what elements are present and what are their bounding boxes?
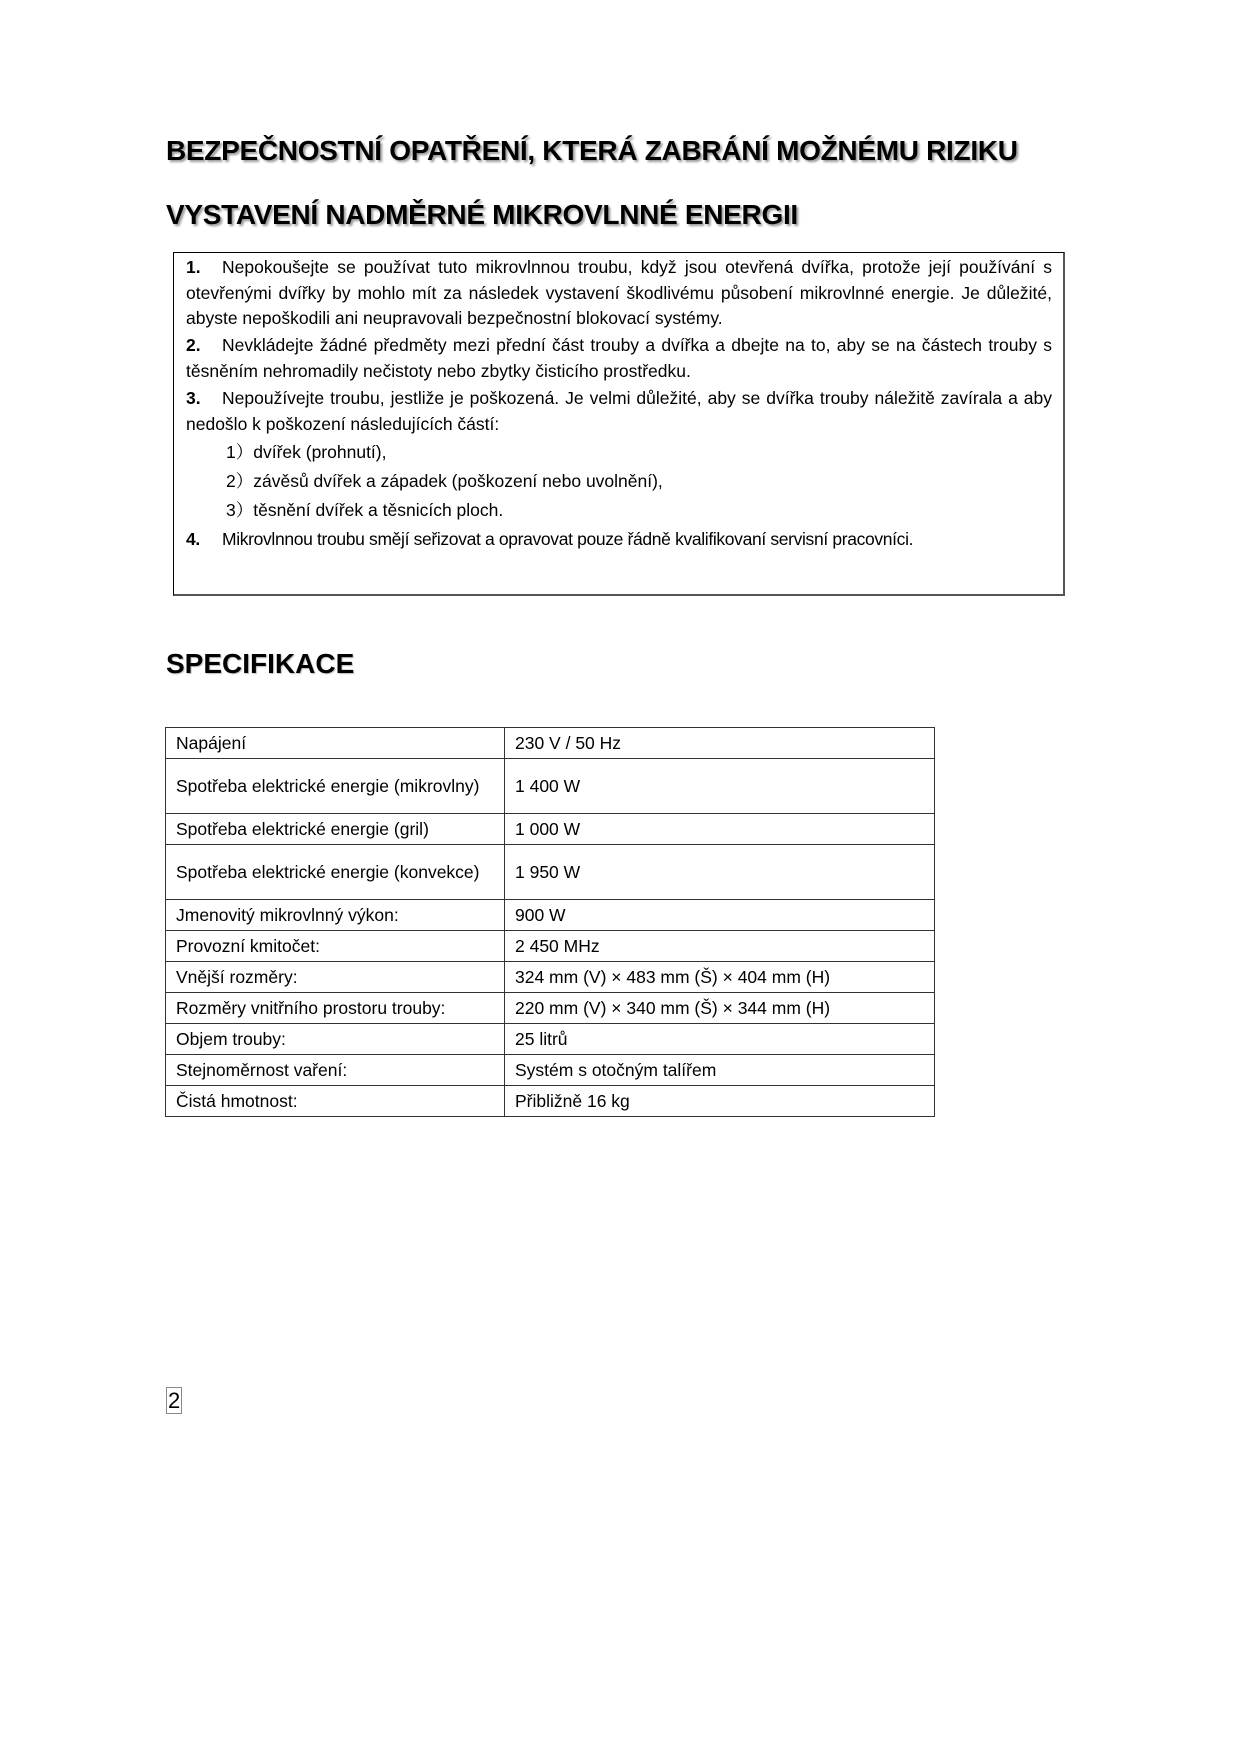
spec-value: 220 mm (V) × 340 mm (Š) × 344 mm (H) xyxy=(505,993,935,1024)
spec-value: 1 400 W xyxy=(505,759,935,814)
table-row: Rozměry vnitřního prostoru trouby: 220 m… xyxy=(166,993,935,1024)
spec-label: Napájení xyxy=(166,728,505,759)
warning-text: Nepoužívejte troubu, jestliže je poškoze… xyxy=(186,388,1052,434)
warning-subitem-2: 2）závěsů dvířek a západek (poškození neb… xyxy=(226,469,663,494)
table-row: Spotřeba elektrické energie (gril) 1 000… xyxy=(166,814,935,845)
warning-item-1: 1.Nepokoušejte se používat tuto mikrovln… xyxy=(186,255,1052,332)
spec-label: Jmenovitý mikrovlnný výkon: xyxy=(166,900,505,931)
warning-text: Mikrovlnnou troubu smějí seřizovat a opr… xyxy=(222,529,913,549)
table-row: Vnější rozměry: 324 mm (V) × 483 mm (Š) … xyxy=(166,962,935,993)
spec-label: Provozní kmitočet: xyxy=(166,931,505,962)
table-row: Spotřeba elektrické energie (konvekce) 1… xyxy=(166,845,935,900)
table-row: Stejnoměrnost vaření: Systém s otočným t… xyxy=(166,1055,935,1086)
spec-value: 2 450 MHz xyxy=(505,931,935,962)
warning-item-2: 2.Nevkládejte žádné předměty mezi přední… xyxy=(186,333,1052,384)
safety-title-line-1: BEZPEČNOSTNÍ OPATŘENÍ, KTERÁ ZABRÁNÍ MOŽ… xyxy=(166,135,1018,167)
spec-label: Spotřeba elektrické energie (gril) xyxy=(166,814,505,845)
spec-label: Spotřeba elektrické energie (konvekce) xyxy=(166,845,505,900)
table-row: Napájení 230 V / 50 Hz xyxy=(166,728,935,759)
table-row: Čistá hmotnost: Přibližně 16 kg xyxy=(166,1086,935,1117)
safety-title-line-2: VYSTAVENÍ NADMĚRNÉ MIKROVLNNÉ ENERGII xyxy=(166,199,798,231)
spec-value: 1 000 W xyxy=(505,814,935,845)
warning-number: 3. xyxy=(186,386,222,412)
safety-warnings-box: 1.Nepokoušejte se používat tuto mikrovln… xyxy=(173,252,1065,596)
spec-label: Objem trouby: xyxy=(166,1024,505,1055)
spec-label: Vnější rozměry: xyxy=(166,962,505,993)
spec-value: Systém s otočným talířem xyxy=(505,1055,935,1086)
table-row: Spotřeba elektrické energie (mikrovlny) … xyxy=(166,759,935,814)
warning-item-4: 4.Mikrovlnnou troubu smějí seřizovat a o… xyxy=(186,527,1052,553)
warning-number: 2. xyxy=(186,333,222,359)
table-row: Jmenovitý mikrovlnný výkon: 900 W xyxy=(166,900,935,931)
spec-label: Stejnoměrnost vaření: xyxy=(166,1055,505,1086)
warning-number: 1. xyxy=(186,255,222,281)
spec-value: 25 litrů xyxy=(505,1024,935,1055)
page-number: 2 xyxy=(166,1387,182,1414)
spec-value: 900 W xyxy=(505,900,935,931)
spec-value: 1 950 W xyxy=(505,845,935,900)
table-row: Objem trouby: 25 litrů xyxy=(166,1024,935,1055)
warning-text: Nevkládejte žádné předměty mezi přední č… xyxy=(186,335,1052,381)
spec-value: Přibližně 16 kg xyxy=(505,1086,935,1117)
warning-number: 4. xyxy=(186,527,222,553)
spec-value: 324 mm (V) × 483 mm (Š) × 404 mm (H) xyxy=(505,962,935,993)
specifications-heading: SPECIFIKACE xyxy=(166,648,354,680)
warning-text: Nepokoušejte se používat tuto mikrovlnno… xyxy=(186,257,1052,328)
spec-value: 230 V / 50 Hz xyxy=(505,728,935,759)
spec-label: Spotřeba elektrické energie (mikrovlny) xyxy=(166,759,505,814)
specifications-table: Napájení 230 V / 50 Hz Spotřeba elektric… xyxy=(165,727,935,1117)
warning-item-3: 3.Nepoužívejte troubu, jestliže je poško… xyxy=(186,386,1052,437)
warning-subitem-1: 1）dvířek (prohnutí), xyxy=(226,440,386,465)
warning-subitem-3: 3）těsnění dvířek a těsnicích ploch. xyxy=(226,498,503,523)
spec-label: Čistá hmotnost: xyxy=(166,1086,505,1117)
spec-label: Rozměry vnitřního prostoru trouby: xyxy=(166,993,505,1024)
table-row: Provozní kmitočet: 2 450 MHz xyxy=(166,931,935,962)
